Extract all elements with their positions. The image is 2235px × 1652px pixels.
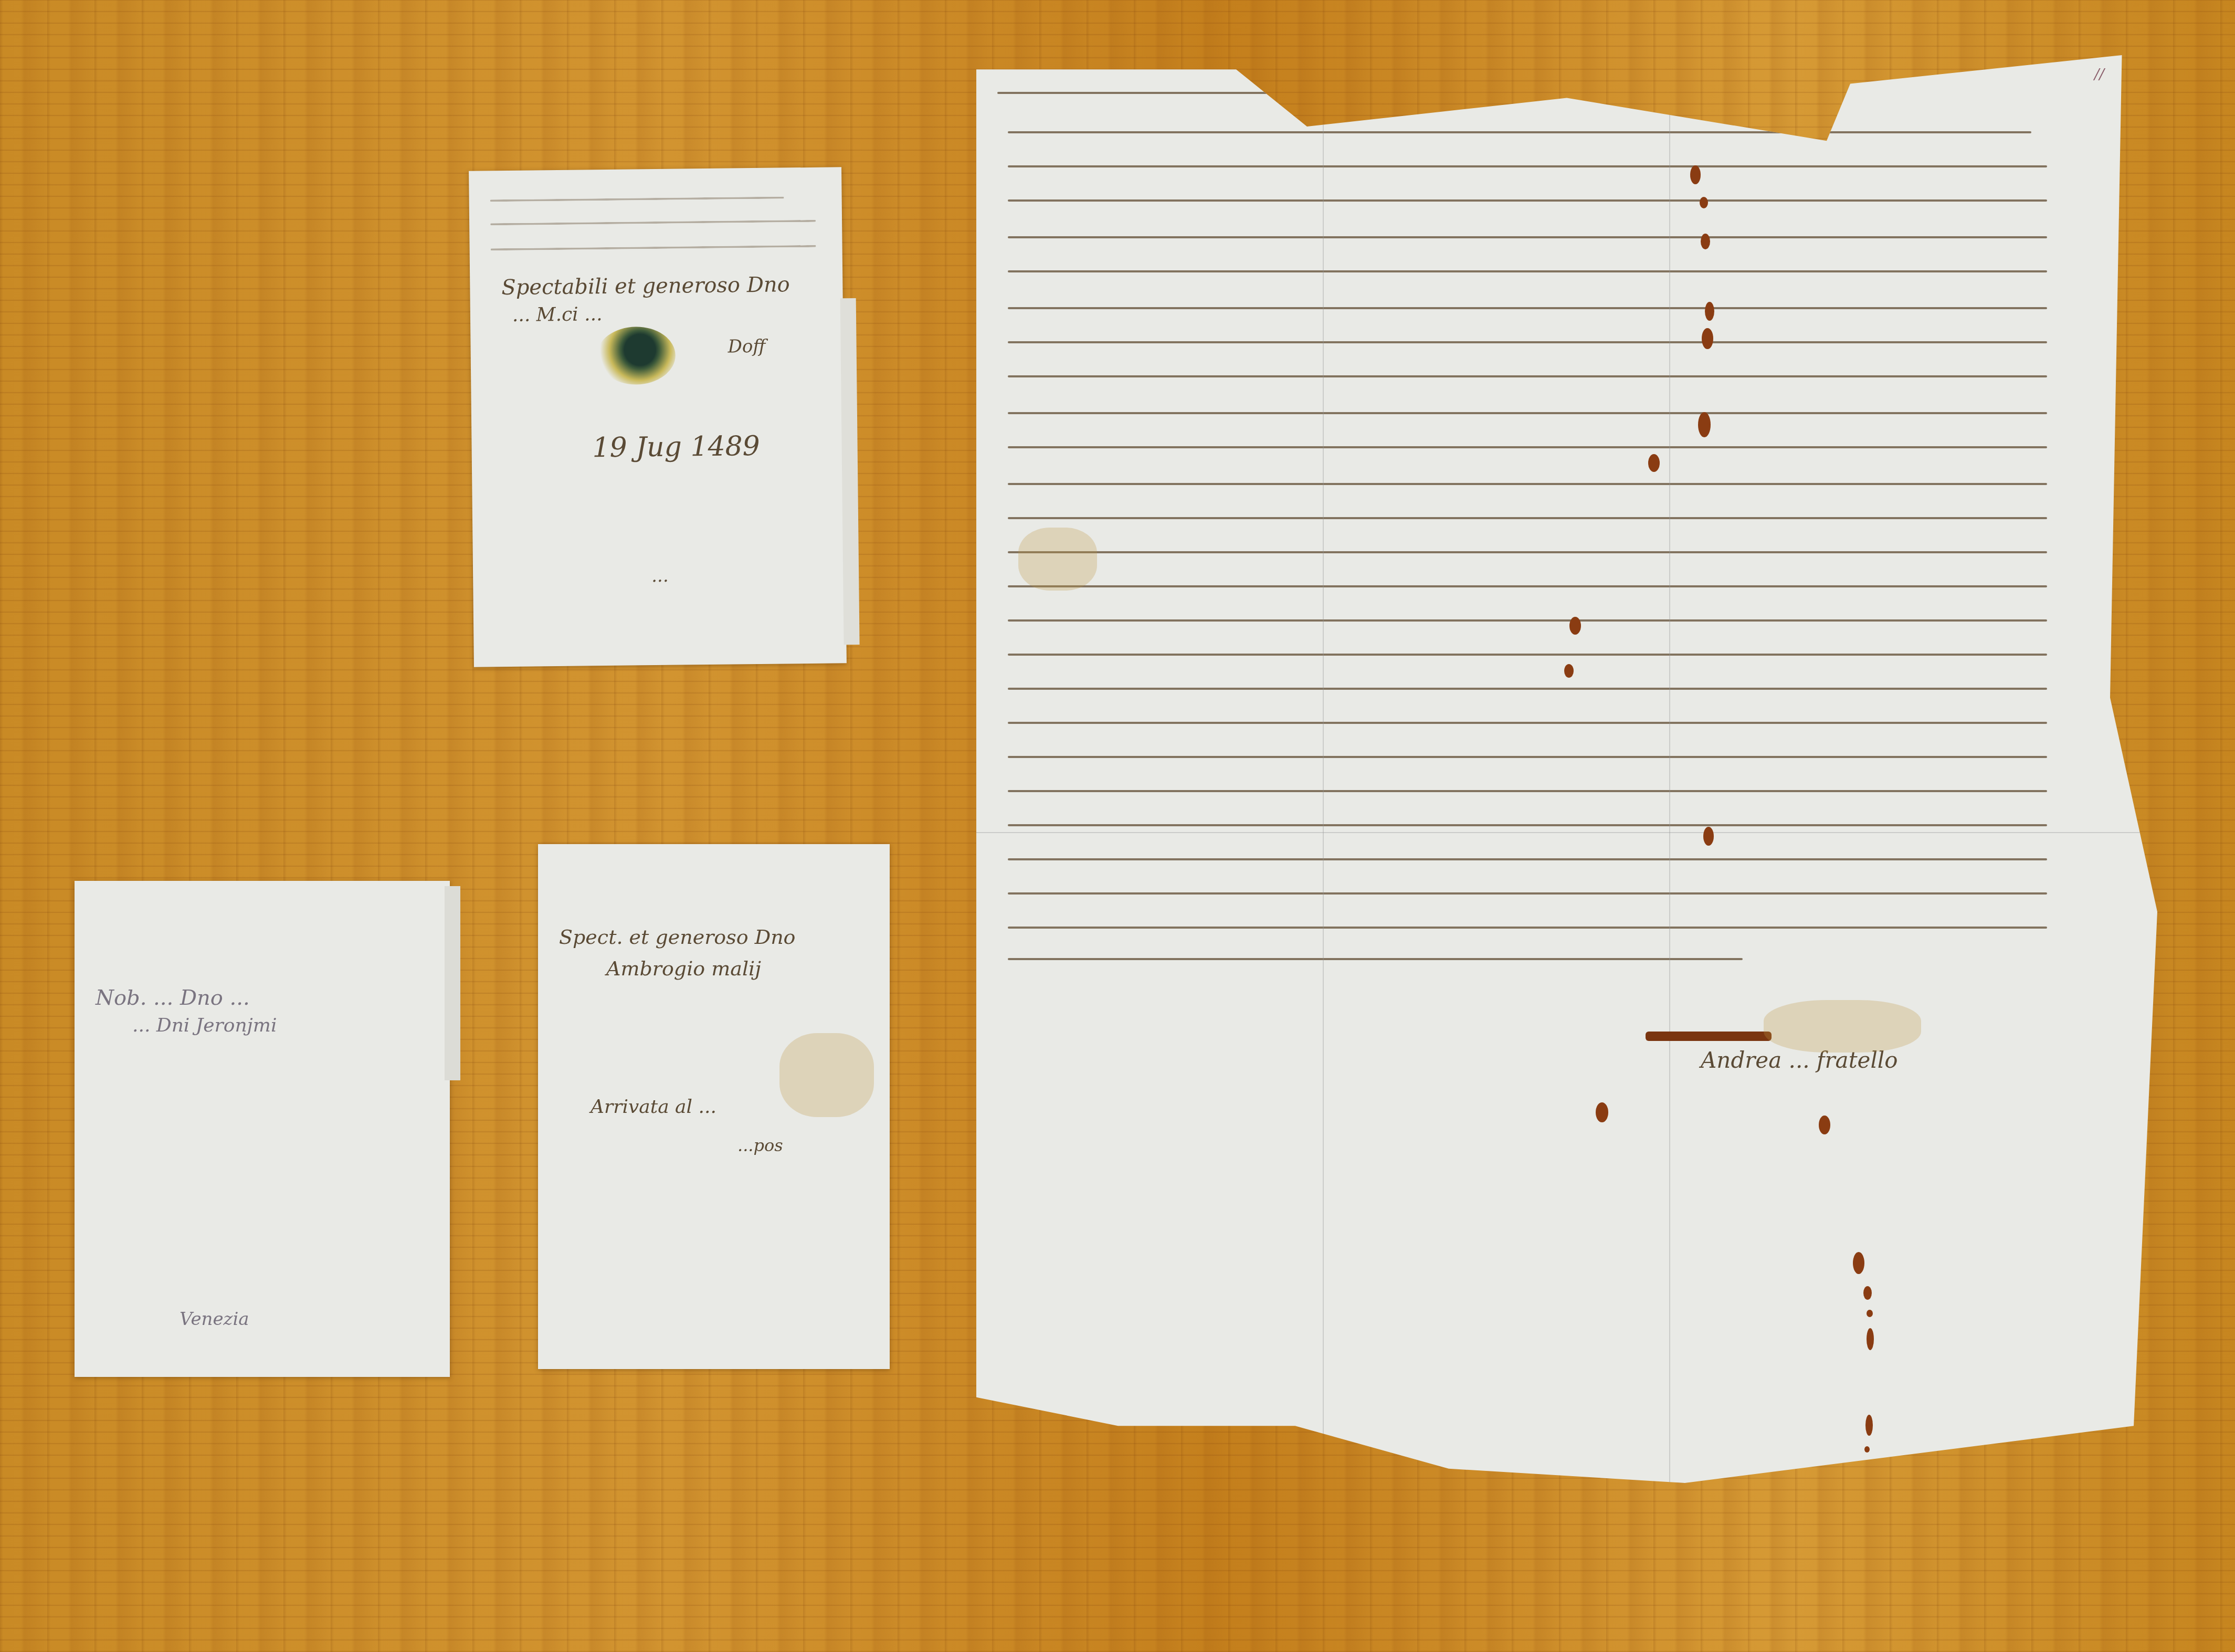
- tear-damage: [1646, 1032, 1772, 1041]
- address-line: Nob. ... Dno ...: [96, 986, 250, 1010]
- receipt-note: Arrivata al ...: [591, 1096, 716, 1118]
- address-line: ... M.ci ...: [512, 303, 603, 326]
- date-line: 19 Jug 1489: [592, 430, 760, 464]
- address-line: Ambrogio malij: [606, 957, 761, 980]
- large-letter-right: // Andrea ... fratello: [976, 55, 2157, 1483]
- annotation: Doff: [728, 336, 765, 357]
- bottom-note: Venezia: [180, 1309, 249, 1330]
- address-line: Spect. et generoso Dno: [559, 925, 796, 949]
- receipt-note: ...pos: [737, 1135, 783, 1155]
- bottom-note: ...: [651, 565, 669, 586]
- page-number: //: [2094, 66, 2104, 83]
- folded-letter-bottom-middle: Spect. et generoso Dno Ambrogio malij Ar…: [538, 844, 890, 1369]
- folded-letter-bottom-left: Nob. ... Dno ... ... Dni Jeronjmi Venezi…: [75, 881, 450, 1377]
- address-line: Spectabili et generoso Dno: [501, 272, 790, 300]
- address-line: ... Dni Jeronjmi: [132, 1015, 277, 1036]
- folded-letter-top: Spectabili et generoso Dno ... M.ci ... …: [469, 167, 847, 667]
- wax-seal: [596, 327, 676, 385]
